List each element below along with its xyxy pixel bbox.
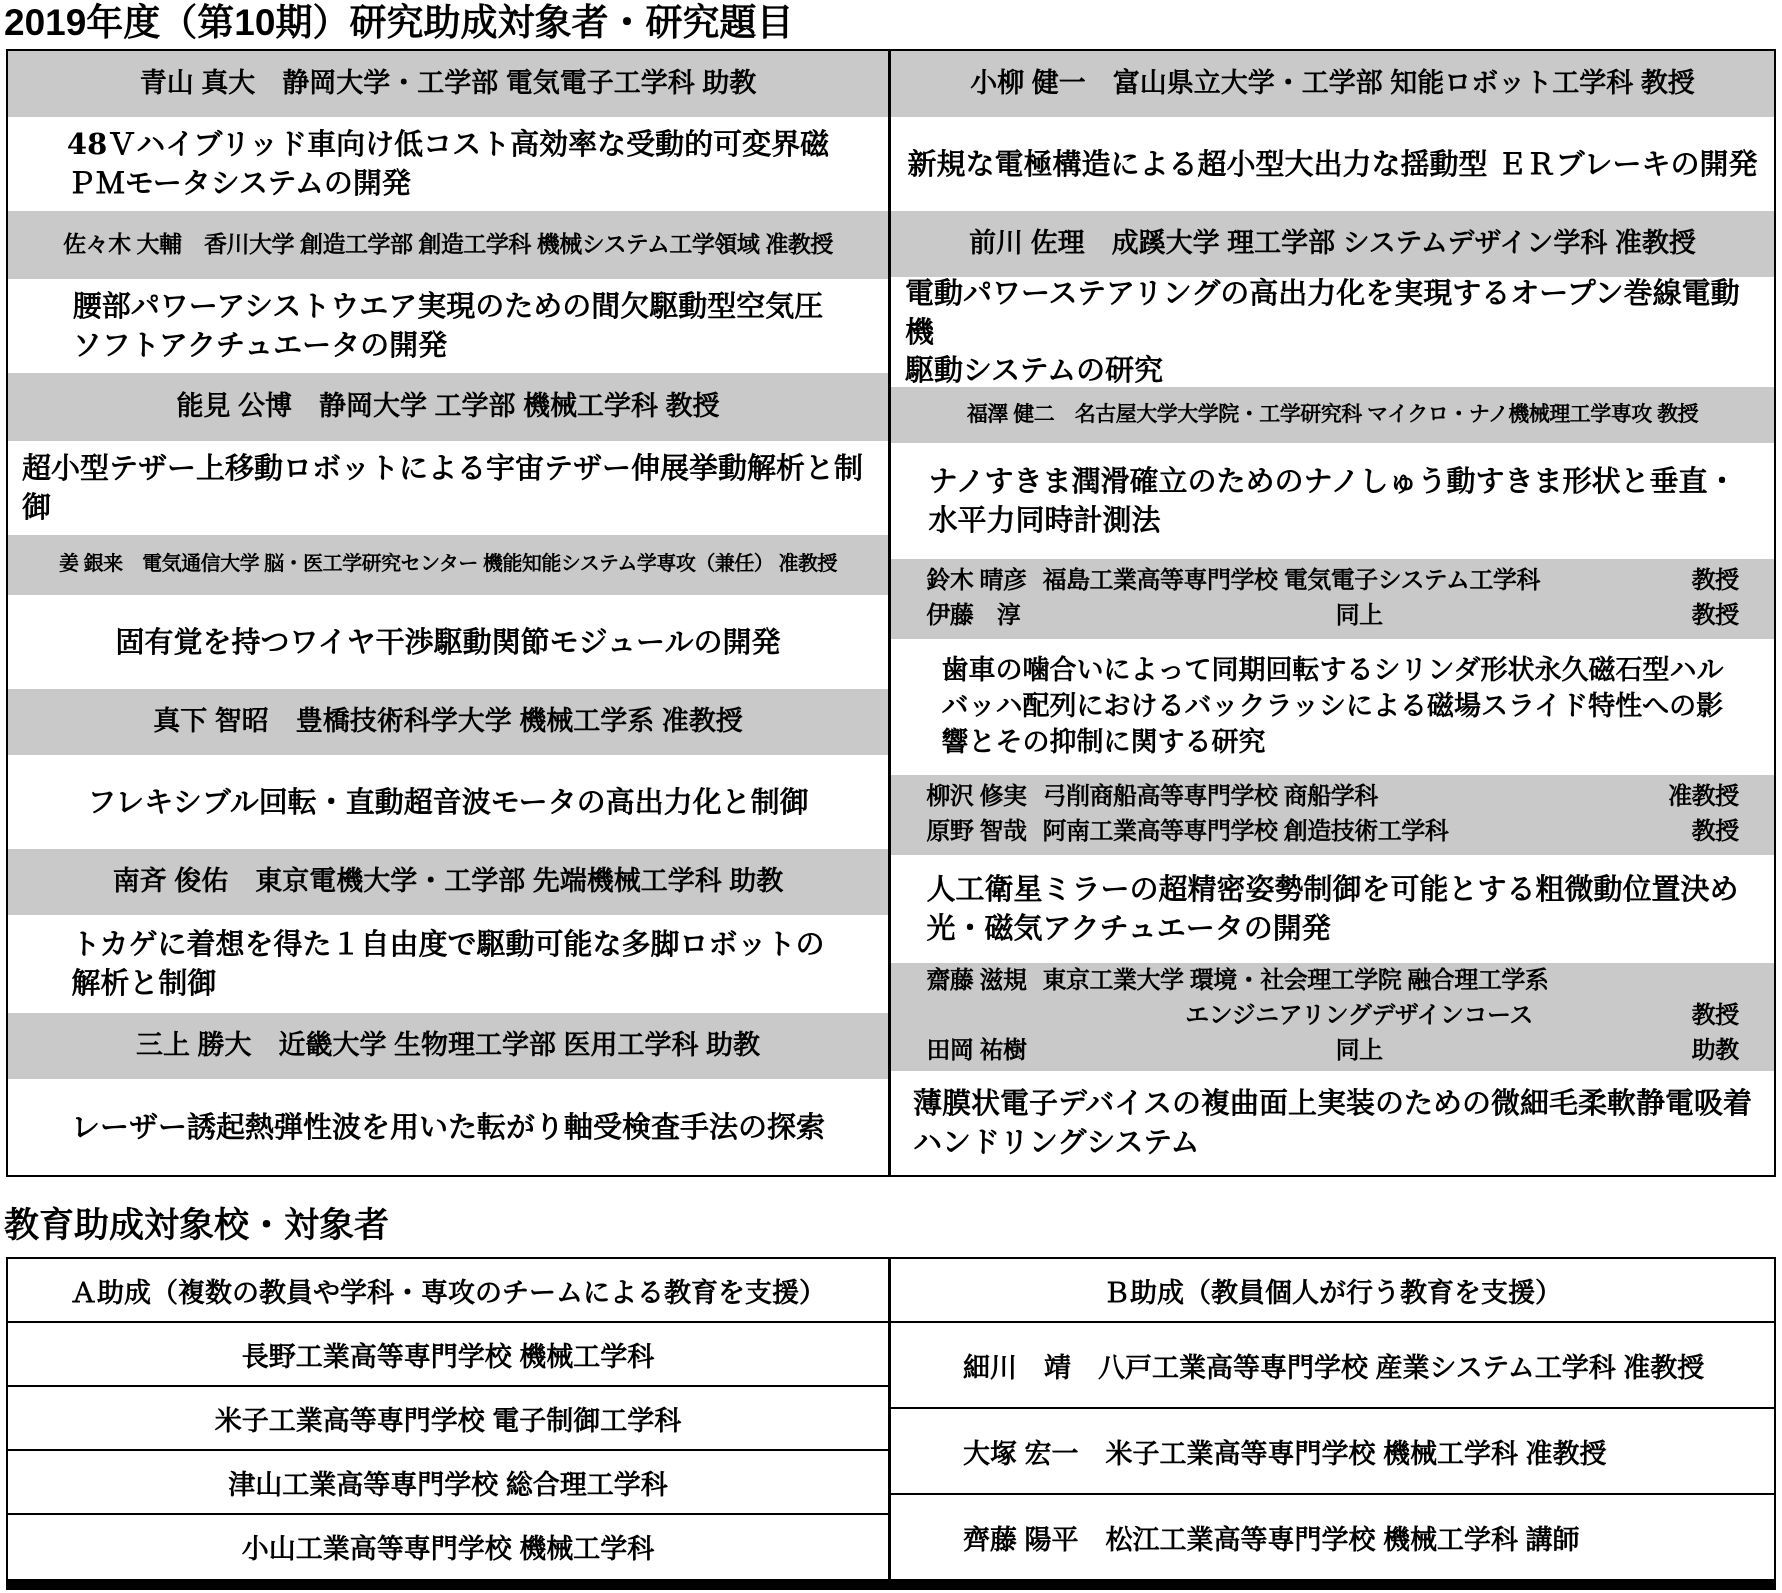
recipient-text: 福澤 健二 名古屋大学大学院・工学研究科 マイクロ・ナノ機械理工学専攻 教授 [967, 402, 1698, 428]
topic-row: 歯車の噛合いによって同期回転するシリンダ形状永久磁石型ハル バッハ配列におけるバ… [891, 639, 1774, 775]
recipient-row: 南斉 俊佑 東京電機大学・工学部 先端機械工学科 助教 [8, 849, 888, 915]
topic-row: 超小型テザー上移動ロボットによる宇宙テザー伸展挙動解析と制御 [8, 441, 888, 535]
research-column-right: 小柳 健一 富山県立大学・工学部 知能ロボット工学科 教授 新規な電極構造による… [891, 51, 1774, 1175]
recipient-row-multi: 齋藤 滋規 東京工業大学 環境・社会理工学院 融合理工学系 エンジニアリングデザ… [891, 963, 1774, 1071]
topic-text: 48Ｖハイブリッド車向け低コスト高効率な受動的可変界磁 ＰＭモータシステムの開発 [67, 125, 829, 202]
topic-row: 人工衛星ミラーの超精密姿勢制御を可能とする粗微動位置決め 光・磁気アクチュエータ… [891, 855, 1774, 963]
topic-text: 固有覚を持つワイヤ干渉駆動関節モジュールの開発 [116, 623, 781, 661]
recipient-affiliation: エンジニアリングデザインコース [1043, 999, 1676, 1034]
recipient-text: 能見 公博 静岡大学 工学部 機械工学科 教授 [176, 390, 719, 424]
recipient-position: 助教 [1692, 1034, 1739, 1069]
topic-text: レーザー誘起熱弾性波を用いた転がり軸受検査手法の探索 [71, 1108, 825, 1146]
recipient-affiliation: 東京工業大学 環境・社会理工学院 融合理工学系 [1043, 964, 1676, 999]
recipient-row-multi: 柳沢 修実 弓削商船高等専門学校 商船学科 准教授 原野 智哉 阿南工業高等専門… [891, 775, 1774, 855]
education-b-row: 大塚 宏一 米子工業高等専門学校 機械工学科 准教授 [891, 1407, 1774, 1493]
topic-row: 電動パワーステアリングの高出力化を実現するオープン巻線電動機 駆動システムの研究 [891, 277, 1774, 387]
education-a-row: 小山工業高等専門学校 機械工学科 [8, 1513, 888, 1577]
recipient-affiliation: 同上 [1043, 599, 1676, 634]
education-b-row: 齊藤 陽平 松江工業高等専門学校 機械工学科 講師 [891, 1493, 1774, 1579]
education-a-row: 津山工業高等専門学校 総合理工学科 [8, 1449, 888, 1513]
topic-row: トカゲに着想を得た１自由度で駆動可能な多脚ロボットの 解析と制御 [8, 915, 888, 1013]
recipient-text: 佐々木 大輔 香川大学 創造工学部 創造工学科 機械システム工学領域 准教授 [63, 230, 833, 259]
recipient-name: 伊藤 淳 [926, 599, 1026, 634]
recipient-row: 前川 佐理 成蹊大学 理工学部 システムデザイン学科 准教授 [891, 211, 1774, 277]
recipient-position: 准教授 [1668, 780, 1739, 815]
recipient-name: 齋藤 滋規 [926, 964, 1026, 999]
recipient-text: 青山 真大 静岡大学・工学部 電気電子工学科 助教 [140, 67, 757, 101]
topic-text: フレキシブル回転・直動超音波モータの高出力化と制御 [87, 783, 808, 821]
recipient-text: 三上 勝大 近畿大学 生物理工学部 医用工学科 助教 [136, 1029, 760, 1063]
education-table: Ａ助成（複数の教員や学科・専攻のチームによる教育を支援） 長野工業高等専門学校 … [6, 1257, 1776, 1590]
education-b-header: Ｂ助成（教員個人が行う教育を支援） [891, 1259, 1774, 1321]
education-a-row: 長野工業高等専門学校 機械工学科 [8, 1321, 888, 1385]
recipient-position: 教授 [1692, 599, 1739, 634]
topic-text: 超小型テザー上移動ロボットによる宇宙テザー伸展挙動解析と制御 [22, 449, 874, 526]
topic-row: 新規な電極構造による超小型大出力な揺動型 ＥＲブレーキの開発 [891, 117, 1774, 211]
recipient-multi-grid: 鈴木 晴彦 福島工業高等専門学校 電気電子システム工学科 教授 伊藤 淳 同上 … [926, 564, 1738, 634]
recipient-text: 姜 銀来 電気通信大学 脳・医工学研究センター 機能知能システム学専攻（兼任） … [59, 552, 837, 577]
recipient-name: 柳沢 修実 [926, 780, 1026, 815]
recipient-multi-grid: 柳沢 修実 弓削商船高等専門学校 商船学科 准教授 原野 智哉 阿南工業高等専門… [926, 780, 1738, 850]
recipient-affiliation: 福島工業高等専門学校 電気電子システム工学科 [1043, 564, 1676, 599]
topic-row: ナノすきま潤滑確立のためのナノしゅう動すきま形状と垂直・ 水平力同時計測法 [891, 443, 1774, 559]
recipient-position: 教授 [1692, 999, 1739, 1034]
topic-text: 腰部パワーアシストウエア実現のための間欠駆動型空気圧 ソフトアクチュエータの開発 [73, 287, 824, 364]
recipient-row-multi: 鈴木 晴彦 福島工業高等専門学校 電気電子システム工学科 教授 伊藤 淳 同上 … [891, 559, 1774, 639]
document-page: 2019年度（第10期）研究助成対象者・研究題目 青山 真大 静岡大学・工学部 … [0, 0, 1782, 1593]
recipient-row: 福澤 健二 名古屋大学大学院・工学研究科 マイクロ・ナノ機械理工学専攻 教授 [891, 387, 1774, 443]
recipient-row: 小柳 健一 富山県立大学・工学部 知能ロボット工学科 教授 [891, 51, 1774, 117]
education-a-row: 米子工業高等専門学校 電子制御工学科 [8, 1385, 888, 1449]
topic-text: 人工衛星ミラーの超精密姿勢制御を可能とする粗微動位置決め 光・磁気アクチュエータ… [926, 870, 1738, 947]
education-title: 教育助成対象校・対象者 [4, 1207, 1782, 1246]
recipient-row: 佐々木 大輔 香川大学 創造工学部 創造工学科 機械システム工学領域 准教授 [8, 211, 888, 279]
topic-text: 電動パワーステアリングの高出力化を実現するオープン巻線電動機 駆動システムの研究 [905, 274, 1760, 389]
research-column-left: 青山 真大 静岡大学・工学部 電気電子工学科 助教 48Ｖハイブリッド車向け低コ… [8, 51, 891, 1175]
research-table: 青山 真大 静岡大学・工学部 電気電子工学科 助教 48Ｖハイブリッド車向け低コ… [6, 49, 1776, 1177]
recipient-text: 小柳 健一 富山県立大学・工学部 知能ロボット工学科 教授 [970, 67, 1695, 101]
topic-row: 48Ｖハイブリッド車向け低コスト高効率な受動的可変界磁 ＰＭモータシステムの開発 [8, 117, 888, 211]
recipient-position: 教授 [1668, 815, 1739, 850]
page-title: 2019年度（第10期）研究助成対象者・研究題目 [4, 3, 1782, 44]
recipient-row: 姜 銀来 電気通信大学 脳・医工学研究センター 機能知能システム学専攻（兼任） … [8, 535, 888, 595]
topic-text: 歯車の噛合いによって同期回転するシリンダ形状永久磁石型ハル バッハ配列におけるバ… [942, 653, 1724, 760]
education-a-header: Ａ助成（複数の教員や学科・専攻のチームによる教育を支援） [8, 1259, 888, 1321]
topic-row: 腰部パワーアシストウエア実現のための間欠駆動型空気圧 ソフトアクチュエータの開発 [8, 279, 888, 373]
recipient-multi-grid: 齋藤 滋規 東京工業大学 環境・社会理工学院 融合理工学系 エンジニアリングデザ… [926, 964, 1738, 1068]
topic-text: ナノすきま潤滑確立のためのナノしゅう動すきま形状と垂直・ 水平力同時計測法 [929, 462, 1737, 539]
recipient-row: 能見 公博 静岡大学 工学部 機械工学科 教授 [8, 373, 888, 441]
topic-row: フレキシブル回転・直動超音波モータの高出力化と制御 [8, 755, 888, 849]
topic-text: 薄膜状電子デバイスの複曲面上実装のための微細毛柔軟静電吸着 ハンドリングシステム [913, 1084, 1752, 1161]
recipient-text: 南斉 俊佑 東京電機大学・工学部 先端機械工学科 助教 [113, 865, 784, 899]
topic-row: 薄膜状電子デバイスの複曲面上実装のための微細毛柔軟静電吸着 ハンドリングシステム [891, 1071, 1774, 1175]
recipient-name: 田岡 祐樹 [926, 1034, 1026, 1069]
recipient-name: 原野 智哉 [926, 815, 1026, 850]
recipient-row: 真下 智昭 豊橋技術科学大学 機械工学系 准教授 [8, 689, 888, 755]
topic-text: トカゲに着想を得た１自由度で駆動可能な多脚ロボットの 解析と制御 [71, 925, 824, 1002]
education-column-a: Ａ助成（複数の教員や学科・専攻のチームによる教育を支援） 長野工業高等専門学校 … [8, 1259, 891, 1579]
topic-text: 新規な電極構造による超小型大出力な揺動型 ＥＲブレーキの開発 [908, 145, 1758, 183]
recipient-affiliation: 弓削商船高等専門学校 商船学科 [1043, 780, 1653, 815]
recipient-name: 鈴木 晴彦 [926, 564, 1026, 599]
topic-row: レーザー誘起熱弾性波を用いた転がり軸受検査手法の探索 [8, 1079, 888, 1175]
recipient-row: 三上 勝大 近畿大学 生物理工学部 医用工学科 助教 [8, 1013, 888, 1079]
recipient-affiliation: 同上 [1043, 1034, 1676, 1069]
recipient-text: 真下 智昭 豊橋技術科学大学 機械工学系 准教授 [153, 705, 743, 739]
recipient-position: 教授 [1692, 564, 1739, 599]
recipient-row: 青山 真大 静岡大学・工学部 電気電子工学科 助教 [8, 51, 888, 117]
education-column-b: Ｂ助成（教員個人が行う教育を支援） 細川 靖 八戸工業高等専門学校 産業システム… [891, 1259, 1774, 1579]
education-b-row: 細川 靖 八戸工業高等専門学校 産業システム工学科 准教授 [891, 1321, 1774, 1407]
recipient-text: 前川 佐理 成蹊大学 理工学部 システムデザイン学科 准教授 [969, 227, 1696, 261]
topic-row: 固有覚を持つワイヤ干渉駆動関節モジュールの開発 [8, 595, 888, 689]
recipient-affiliation: 阿南工業高等専門学校 創造技術工学科 [1043, 815, 1653, 850]
